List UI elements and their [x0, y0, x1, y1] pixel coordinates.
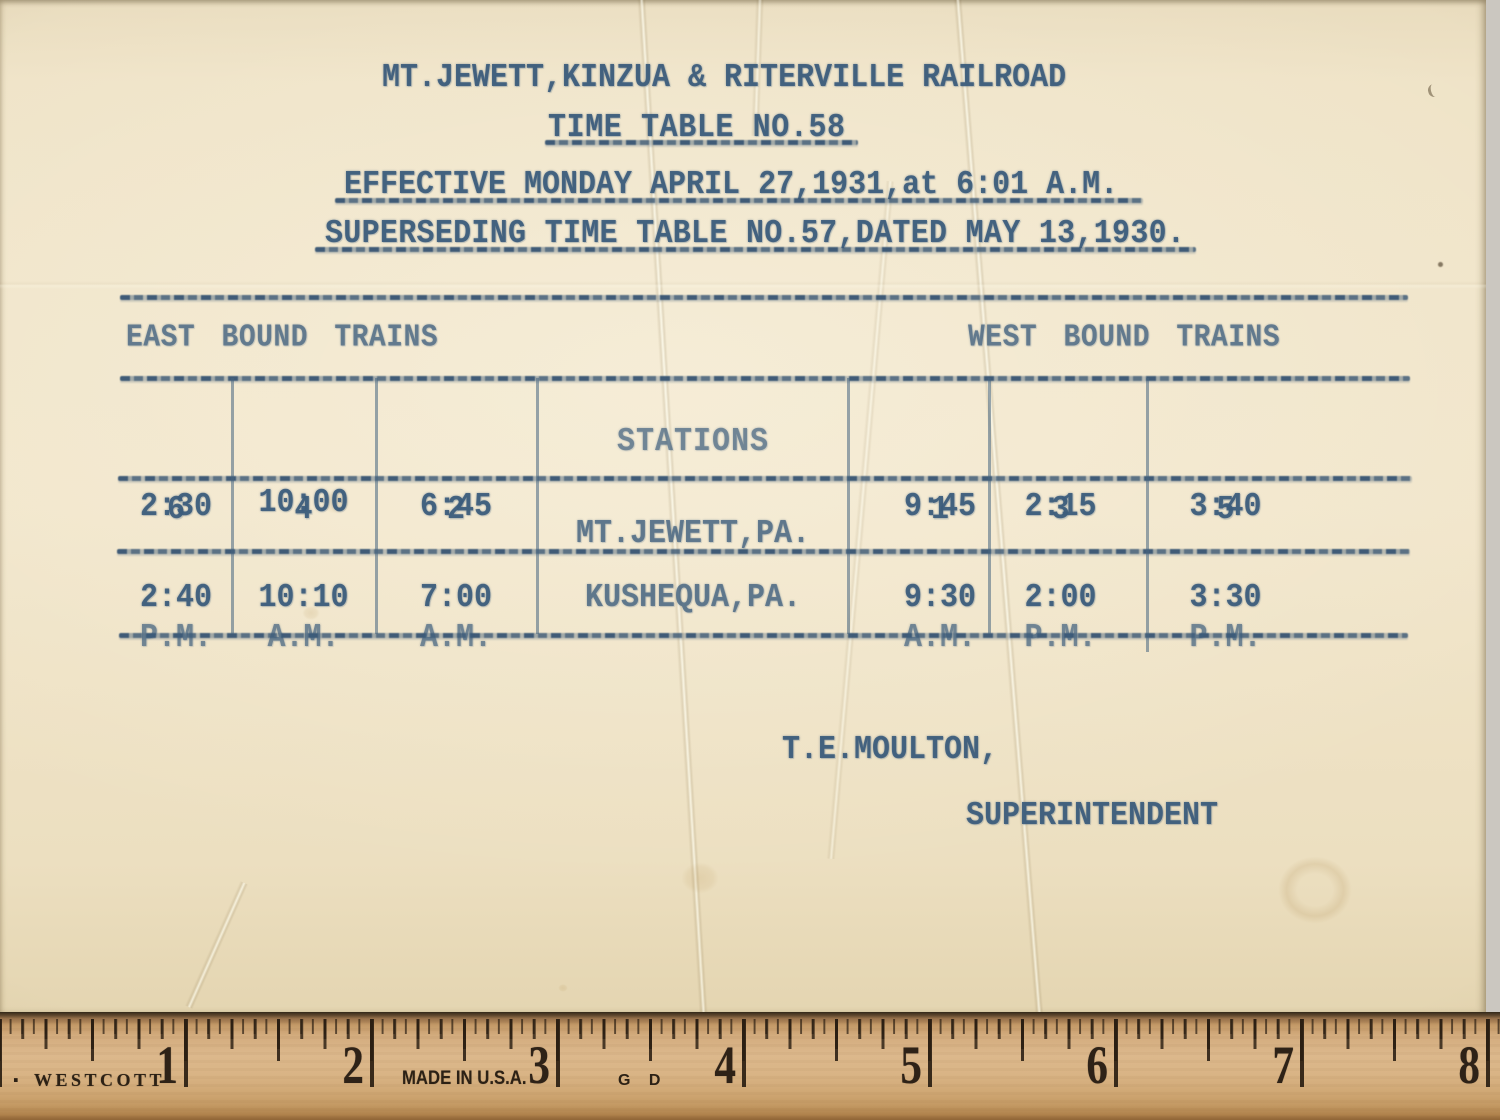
train-meridiem: A.M.	[376, 617, 536, 660]
top-divider-rule	[120, 295, 1408, 300]
time-cell: 2:30	[120, 489, 232, 525]
paper-sheet: MT.JEWETT,KINZUA & RITERVILLE RAILROAD T…	[0, 0, 1486, 1014]
ruler-brand: WESTCOTT	[34, 1070, 165, 1091]
column-header-train-5: 5 P.M.	[1148, 404, 1303, 744]
time-cell: 2:00	[988, 580, 1133, 616]
signature-name: T.E.MOULTON,	[782, 732, 998, 768]
train-meridiem: A.M.	[231, 617, 376, 660]
wrinkle-bottom-left	[185, 881, 249, 1009]
time-cell: 2:15	[988, 489, 1133, 525]
railroad-title: MT.JEWETT,KINZUA & RITERVILLE RAILROAD	[382, 60, 1066, 96]
stain	[557, 983, 569, 993]
column-header-train-6: 6 P.M.	[120, 404, 232, 744]
ruler-inch-number: 1	[156, 1038, 178, 1092]
ruler-inch-number: 7	[1272, 1038, 1294, 1092]
station-name: KUSHEQUA,PA.	[536, 580, 850, 616]
column-header-train-2: 2 A.M.	[376, 404, 536, 744]
time-cell: 7:00	[376, 580, 536, 616]
ruler-made-in-usa: MADE IN U.S.A.	[402, 1068, 526, 1090]
ruler-inch-number: 8	[1458, 1038, 1480, 1092]
scanned-timetable-photo: MT.JEWETT,KINZUA & RITERVILLE RAILROAD T…	[0, 0, 1500, 1120]
wooden-ruler: . WESTCOTT MADE IN U.S.A. G D 1 2 3 4 5 …	[0, 1012, 1500, 1120]
time-cell: 2:40	[120, 580, 232, 616]
effective-underline	[335, 198, 1143, 203]
time-cell: 10:10	[231, 580, 376, 616]
time-cell: 10:00	[231, 485, 376, 521]
ruler-inch-number: 5	[900, 1038, 922, 1092]
stain	[676, 858, 724, 898]
table-top-rule	[120, 376, 1410, 381]
ruler-inch-number: 4	[714, 1038, 736, 1092]
water-stain	[1269, 848, 1361, 932]
ruler-inch-number: 3	[528, 1038, 550, 1092]
fold-crease-horizontal	[0, 281, 1486, 289]
time-cell: 6:45	[376, 489, 536, 525]
speck	[1438, 262, 1443, 267]
superseding-underline	[315, 247, 1196, 252]
ruler-inch-number: 6	[1086, 1038, 1108, 1092]
station-name: MT.JEWETT,PA.	[536, 516, 850, 552]
column-header-stations: STATIONS	[536, 424, 850, 460]
time-cell: 3:30	[1148, 580, 1303, 616]
paper-dimple-mark	[1427, 83, 1442, 99]
train-meridiem: P.M.	[1148, 617, 1303, 660]
column-header-train-3: 3 P.M.	[988, 404, 1133, 744]
signature-title: SUPERINTENDENT	[966, 798, 1218, 834]
train-meridiem: P.M.	[988, 617, 1133, 660]
train-meridiem: P.M.	[120, 617, 232, 660]
column-header-train-4: 4 A.M.	[231, 404, 376, 744]
time-cell: 3:40	[1148, 489, 1303, 525]
west-bound-heading: WEST BOUND TRAINS	[968, 322, 1280, 356]
ruler-inch-number: 2	[342, 1038, 364, 1092]
ruler-letters-gd: G D	[618, 1072, 660, 1090]
timetable-number-underline	[545, 140, 858, 145]
east-bound-heading: EAST BOUND TRAINS	[126, 322, 438, 356]
ruler-left-dot: .	[8, 1060, 24, 1090]
